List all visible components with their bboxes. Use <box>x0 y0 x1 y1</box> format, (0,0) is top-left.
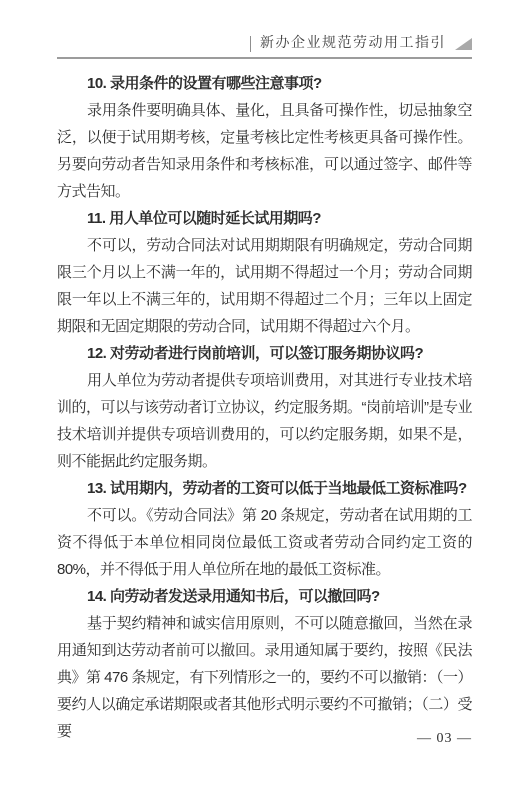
answer-paragraph: 基于契约精神和诚实信用原则，不可以随意撤回，当然在录用通知到达劳动者前可以撤回。… <box>57 610 472 745</box>
corner-triangle-icon <box>455 38 472 50</box>
question-heading: 13. 试用期内，劳动者的工资可以低于当地最低工资标准吗? <box>57 475 472 502</box>
qa-block: 12. 对劳动者进行岗前培训，可以签订服务期协议吗? 用人单位为劳动者提供专项培… <box>57 340 472 475</box>
qa-block: 10. 录用条件的设置有哪些注意事项? 录用条件要明确具体、量化，且具备可操作性… <box>57 70 472 205</box>
document-body: 10. 录用条件的设置有哪些注意事项? 录用条件要明确具体、量化，且具备可操作性… <box>57 70 472 745</box>
answer-paragraph: 录用条件要明确具体、量化，且具备可操作性，切忌抽象空泛，以便于试用期考核，定量考… <box>57 97 472 205</box>
qa-block: 14. 向劳动者发送录用通知书后，可以撤回吗? 基于契约精神和诚实信用原则，不可… <box>57 583 472 745</box>
page-header: 新办企业规范劳动用工指引 <box>57 36 472 59</box>
header-title: 新办企业规范劳动用工指引 <box>260 36 446 52</box>
question-heading: 10. 录用条件的设置有哪些注意事项? <box>57 70 472 97</box>
document-page: 新办企业规范劳动用工指引 10. 录用条件的设置有哪些注意事项? 录用条件要明确… <box>0 0 529 794</box>
header-divider-bar <box>250 36 251 52</box>
answer-paragraph: 不可以。《劳动合同法》第 20 条规定，劳动者在试用期的工资不得低于本单位相同岗… <box>57 502 472 583</box>
question-heading: 14. 向劳动者发送录用通知书后，可以撤回吗? <box>57 583 472 610</box>
answer-paragraph: 用人单位为劳动者提供专项培训费用，对其进行专业技术培训的，可以与该劳动者订立协议… <box>57 367 472 475</box>
question-heading: 12. 对劳动者进行岗前培训，可以签订服务期协议吗? <box>57 340 472 367</box>
qa-block: 11. 用人单位可以随时延长试用期吗? 不可以，劳动合同法对试用期期限有明确规定… <box>57 205 472 340</box>
header-rule <box>57 57 472 59</box>
answer-paragraph: 不可以，劳动合同法对试用期期限有明确规定，劳动合同期限三个月以上不满一年的，试用… <box>57 232 472 340</box>
page-number: — 03 — <box>417 731 472 747</box>
qa-block: 13. 试用期内，劳动者的工资可以低于当地最低工资标准吗? 不可以。《劳动合同法… <box>57 475 472 583</box>
question-heading: 11. 用人单位可以随时延长试用期吗? <box>57 205 472 232</box>
